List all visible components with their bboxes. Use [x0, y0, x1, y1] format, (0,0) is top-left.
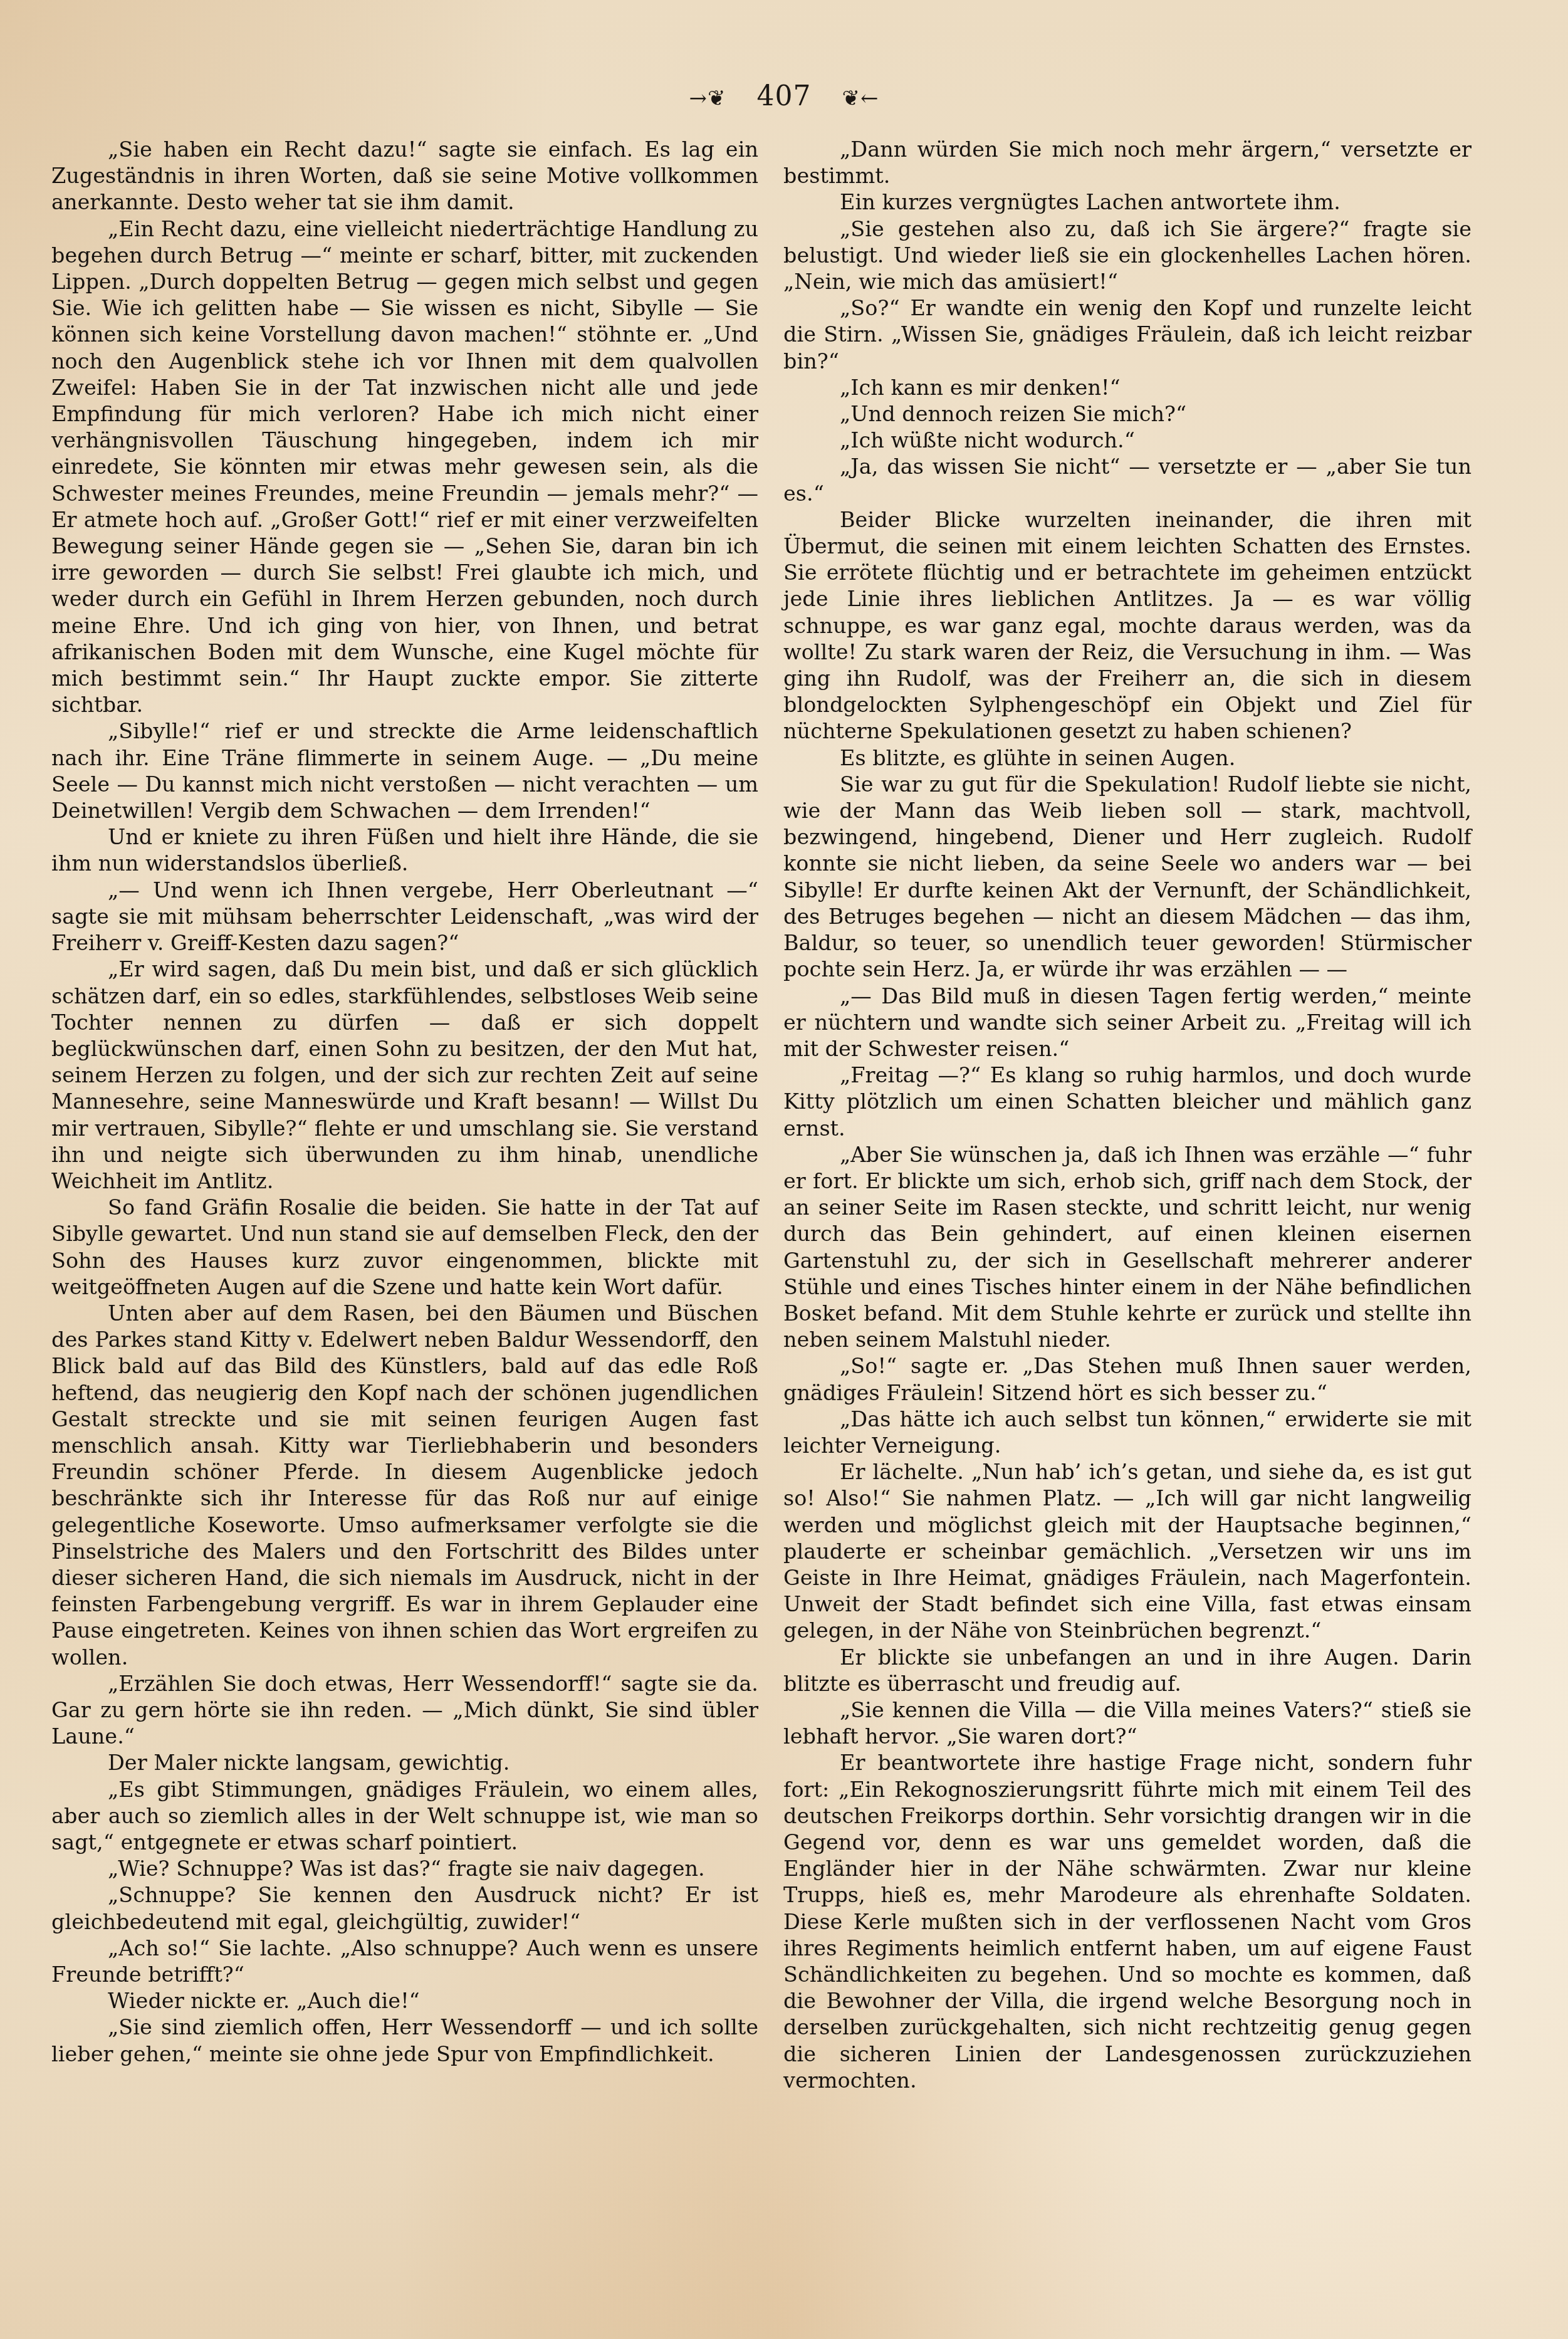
paragraph: „Dann würden Sie mich noch mehr ärgern,“…: [783, 137, 1471, 189]
paragraph: „Das hätte ich auch selbst tun können,“ …: [783, 1406, 1471, 1459]
paragraph: „Sie kennen die Villa — die Villa meines…: [783, 1697, 1471, 1750]
paragraph: Sie war zu gut für die Spekulation! Rudo…: [783, 772, 1471, 983]
paragraph: „— Und wenn ich Ihnen vergebe, Herr Ober…: [51, 877, 758, 957]
page-header: →❦ 407 ❦←: [0, 80, 1568, 112]
paragraph: „Sie sind ziemlich offen, Herr Wessendor…: [51, 2014, 758, 2067]
paragraph: „Es gibt Stimmungen, gnädiges Fräulein, …: [51, 1777, 758, 1856]
paragraph: „Erzählen Sie doch etwas, Herr Wessendor…: [51, 1671, 758, 1750]
paragraph: Er beantwortete ihre hastige Frage nicht…: [783, 1750, 1471, 2094]
paragraph: „Ein Recht dazu, eine vielleicht niedert…: [51, 216, 758, 719]
paragraph: „So?“ Er wandte ein wenig den Kopf und r…: [783, 295, 1471, 375]
paragraph: Unten aber auf dem Rasen, bei den Bäumen…: [51, 1300, 758, 1671]
paragraph: „Schnuppe? Sie kennen den Ausdruck nicht…: [51, 1882, 758, 1935]
paragraph: Er lächelte. „Nun hab’ ich’s getan, und …: [783, 1459, 1471, 1644]
paragraph: Ein kurzes vergnügtes Lachen antwortete …: [783, 189, 1471, 216]
paragraph: „Und dennoch reizen Sie mich?“: [783, 401, 1471, 427]
right-ornament-icon: ❦←: [842, 86, 879, 111]
right-column: „Dann würden Sie mich noch mehr ärgern,“…: [783, 137, 1471, 2094]
paragraph: So fand Gräfin Rosalie die beiden. Sie h…: [51, 1195, 758, 1300]
paragraph: Und er kniete zu ihren Füßen und hielt i…: [51, 824, 758, 877]
paragraph: „Aber Sie wünschen ja, daß ich Ihnen was…: [783, 1142, 1471, 1354]
paragraph: Wieder nickte er. „Auch die!“: [51, 1988, 758, 2014]
scanned-page: →❦ 407 ❦← „Sie haben ein Recht dazu!“ sa…: [0, 0, 1568, 2339]
paragraph: „— Das Bild muß in diesen Tagen fertig w…: [783, 983, 1471, 1063]
paragraph: „Sie haben ein Recht dazu!“ sagte sie ei…: [51, 137, 758, 216]
page-number: 407: [757, 80, 812, 112]
paragraph: „Er wird sagen, daß Du mein bist, und da…: [51, 956, 758, 1195]
paragraph: „Sibylle!“ rief er und streckte die Arme…: [51, 718, 758, 824]
paragraph: „So!“ sagte er. „Das Stehen muß Ihnen sa…: [783, 1353, 1471, 1406]
paragraph: „Sie gestehen also zu, daß ich Sie ärger…: [783, 216, 1471, 296]
paragraph: „Ich kann es mir denken!“: [783, 375, 1471, 401]
left-column: „Sie haben ein Recht dazu!“ sagte sie ei…: [51, 137, 758, 2068]
paragraph: „Ich wüßte nicht wodurch.“: [783, 427, 1471, 454]
paragraph: Der Maler nickte langsam, gewichtig.: [51, 1750, 758, 1776]
paragraph: „Ja, das wissen Sie nicht“ — versetzte e…: [783, 454, 1471, 506]
paragraph: „Ach so!“ Sie lachte. „Also schnuppe? Au…: [51, 1935, 758, 1988]
paragraph: „Wie? Schnuppe? Was ist das?“ fragte sie…: [51, 1856, 758, 1882]
paragraph: „Freitag —?“ Es klang so ruhig harmlos, …: [783, 1062, 1471, 1142]
paragraph: Er blickte sie unbefangen an und in ihre…: [783, 1645, 1471, 1697]
paragraph: Es blitzte, es glühte in seinen Augen.: [783, 745, 1471, 772]
left-ornament-icon: →❦: [689, 86, 726, 111]
paragraph: Beider Blicke wurzelten ineinander, die …: [783, 507, 1471, 745]
